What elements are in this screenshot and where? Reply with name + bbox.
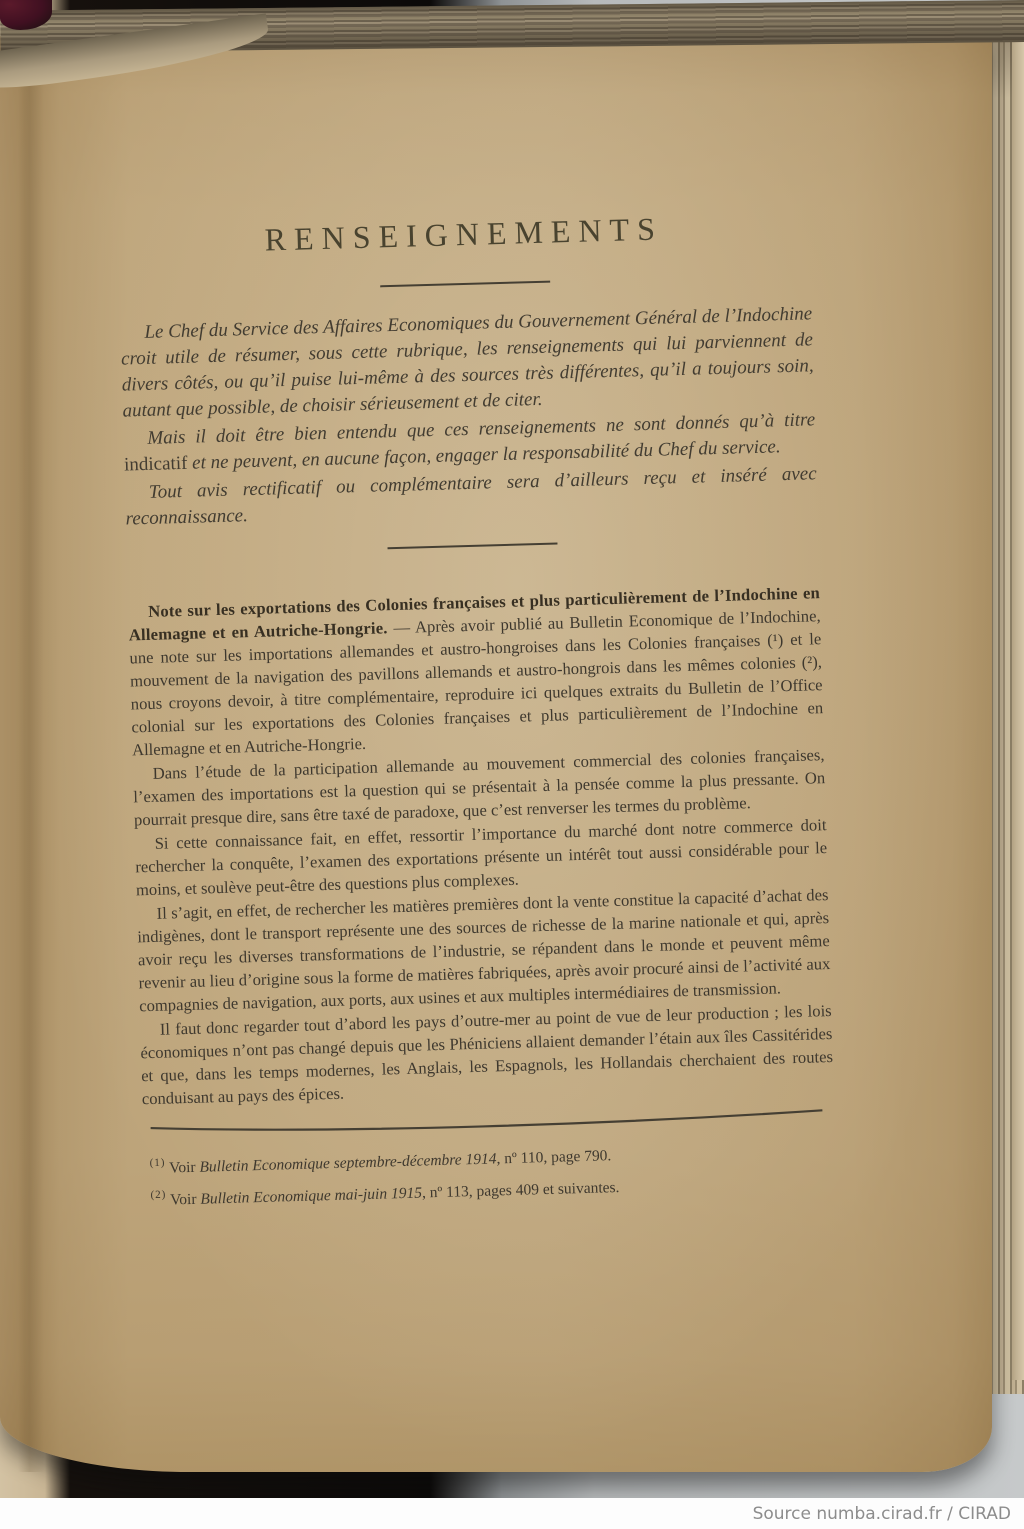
page-gutter-shadow [18,36,44,1472]
source-attribution-text: Source numba.cirad.fr / CIRAD [753,1504,1024,1524]
footnote-1-post: , nº 110, page 790. [496,1147,611,1167]
intro-section: Le Chef du Service des Affaires Economiq… [120,301,818,532]
printed-content: RENSEIGNEMENTS Le Chef du Service des Af… [116,160,837,1214]
note-heading-paragraph: Note sur les exportations des Colonies f… [128,581,824,761]
title-rule [380,281,550,288]
document-title: RENSEIGNEMENTS [117,206,810,262]
section-rule [388,542,558,549]
footnote-1-pre: Voir [165,1159,199,1177]
source-attribution-bar: Source numba.cirad.fr / CIRAD [0,1498,1024,1529]
footnote-2-reference: Bulletin Economique mai-juin 1915 [200,1185,422,1208]
note-heading-dash: — [387,617,415,637]
page-stack-right-edge-highlight [1012,40,1024,1380]
footnote-2-pre: Voir [166,1191,200,1209]
intro-paragraph-2-upright-word: indicatif [124,453,188,476]
body-paragraph: Il s’agit, en effet, de rechercher les m… [136,883,831,1017]
intro-paragraph-1: Le Chef du Service des Affaires Economiq… [120,301,815,424]
scanned-book-photo: RENSEIGNEMENTS Le Chef du Service des Af… [0,0,1024,1529]
footnote-1-marker: (1) [149,1157,165,1169]
footnote-1-reference: Bulletin Economique septembre-décembre 1… [199,1150,496,1175]
body-paragraph: Il faut donc regarder tout d’abord les p… [140,999,834,1110]
note-section: Note sur les exportations des Colonies f… [128,581,834,1110]
footnote-2-marker: (2) [150,1189,166,1201]
footnote-2-post: , nº 113, pages 409 et suivantes. [422,1179,620,1202]
